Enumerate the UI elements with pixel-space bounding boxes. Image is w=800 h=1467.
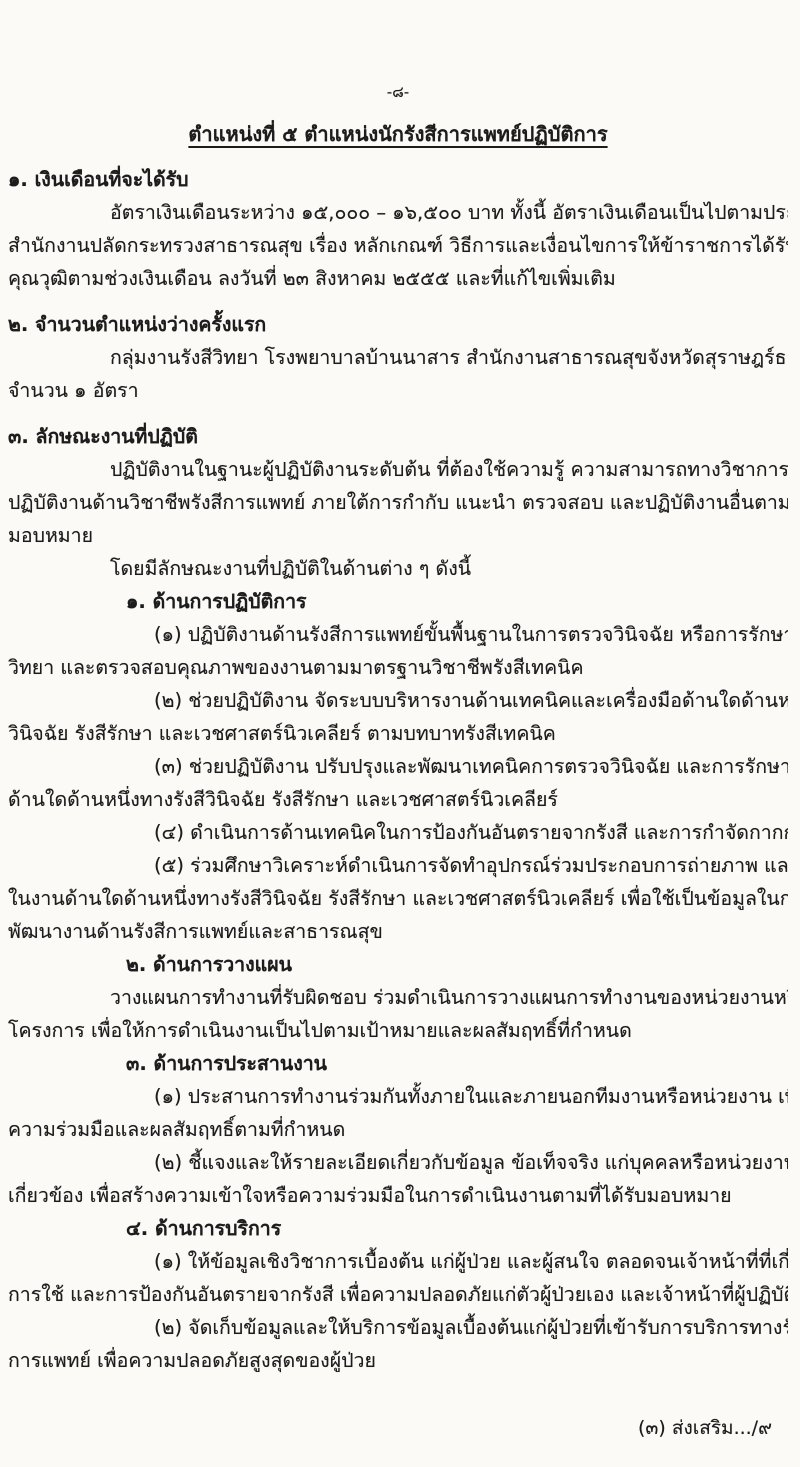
page-number: -๘- [8, 0, 788, 104]
operations-line: (๔) ดำเนินการด้านเทคนิคในการป้องกันอันตร… [8, 816, 788, 849]
operations-line: ในงานด้านใดด้านหนึ่งทางรังสีวินิจฉัย รัง… [8, 882, 788, 915]
duties-intro-line: ปฏิบัติงานในฐานะผู้ปฏิบัติงานระดับต้น ที… [8, 453, 788, 486]
operations-line: ด้านใดด้านหนึ่งทางรังสีวินิจฉัย รังสีรัก… [8, 783, 788, 816]
planning-subheading: ๒. ด้านการวางแผน [8, 948, 788, 981]
operations-line: (๑) ปฏิบัติงานด้านรังสีการแพทย์ขั้นพื้นฐ… [8, 618, 788, 651]
operations-line: (๓) ช่วยปฏิบัติงาน ปรับปรุงและพัฒนาเทคนิ… [8, 750, 788, 783]
duties-intro-line: ปฏิบัติงานด้านวิชาชีพรังสีการแพทย์ ภายใต… [8, 486, 788, 519]
coordination-line: ความร่วมมือและผลสัมฤทธิ์ตามที่กำหนด [8, 1113, 788, 1146]
operations-subheading: ๑. ด้านการปฏิบัติการ [8, 585, 788, 618]
operations-line: (๕) ร่วมศึกษาวิเคราะห์ดำเนินการจัดทำอุปก… [8, 849, 788, 882]
vacancy-line: จำนวน ๑ อัตรา [8, 374, 788, 407]
operations-line: (๒) ช่วยปฏิบัติงาน จัดระบบบริหารงานด้านเ… [8, 684, 788, 717]
planning-line: โครงการ เพื่อให้การดำเนินงานเป็นไปตามเป้… [8, 1014, 788, 1047]
duties-intro-line: โดยมีลักษณะงานที่ปฏิบัติในด้านต่าง ๆ ดัง… [8, 552, 788, 585]
vacancy-section-heading: ๒. จำนวนตำแหน่งว่างครั้งแรก [8, 308, 788, 341]
document-title: ตำแหน่งที่ ๕ ตำแหน่งนักรังสีการแพทย์ปฏิบ… [8, 118, 788, 150]
service-line: การแพทย์ เพื่อความปลอดภัยสูงสุดของผู้ป่ว… [8, 1344, 788, 1377]
salary-section-heading: ๑. เงินเดือนที่จะได้รับ [8, 163, 788, 196]
service-line: (๒) จัดเก็บข้อมูลและให้บริการข้อมูลเบื้อ… [8, 1311, 788, 1344]
document-page: -๘- ตำแหน่งที่ ๕ ตำแหน่งนักรังสีการแพทย์… [0, 0, 800, 1443]
coordination-line: (๒) ชี้แจงและให้รายละเอียดเกี่ยวกับข้อมู… [8, 1146, 788, 1179]
operations-line: วินิจฉัย รังสีรักษา และเวชศาสตร์นิวเคลีย… [8, 717, 788, 750]
coordination-subheading: ๓. ด้านการประสานงาน [8, 1047, 788, 1080]
operations-line: พัฒนางานด้านรังสีการแพทย์และสาธารณสุข [8, 915, 788, 948]
salary-line: สำนักงานปลัดกระทรวงสาธารณสุข เรื่อง หลัก… [8, 229, 788, 262]
vacancy-line: กลุ่มงานรังสีวิทยา โรงพยาบาลบ้านนาสาร สำ… [8, 341, 788, 374]
duties-section-heading: ๓. ลักษณะงานที่ปฏิบัติ [8, 420, 788, 453]
coordination-line: เกี่ยวข้อง เพื่อสร้างความเข้าใจหรือความร… [8, 1179, 788, 1212]
operations-line: วิทยา และตรวจสอบคุณภาพของงานตามมาตรฐานวิ… [8, 651, 788, 684]
coordination-line: (๑) ประสานการทำงานร่วมกันทั้งภายในและภาย… [8, 1080, 788, 1113]
duties-intro-line: มอบหมาย [8, 519, 788, 552]
service-line: การใช้ และการป้องกันอันตรายจากรังสี เพื่… [8, 1278, 788, 1311]
salary-line: อัตราเงินเดือนระหว่าง ๑๕,๐๐๐ – ๑๖,๕๐๐ บา… [8, 196, 788, 229]
continuation-note: (๓) ส่งเสริม.../๙ [8, 1413, 788, 1443]
service-subheading: ๔. ด้านการบริการ [8, 1212, 788, 1245]
service-line: (๑) ให้ข้อมูลเชิงวิชาการเบื้องต้น แก่ผู้… [8, 1245, 788, 1278]
document-title-text: ตำแหน่งที่ ๕ ตำแหน่งนักรังสีการแพทย์ปฏิบ… [188, 122, 607, 146]
planning-line: วางแผนการทำงานที่รับผิดชอบ ร่วมดำเนินการ… [8, 981, 788, 1014]
salary-line: คุณวุฒิตามช่วงเงินเดือน ลงวันที่ ๒๓ สิงห… [8, 262, 788, 295]
